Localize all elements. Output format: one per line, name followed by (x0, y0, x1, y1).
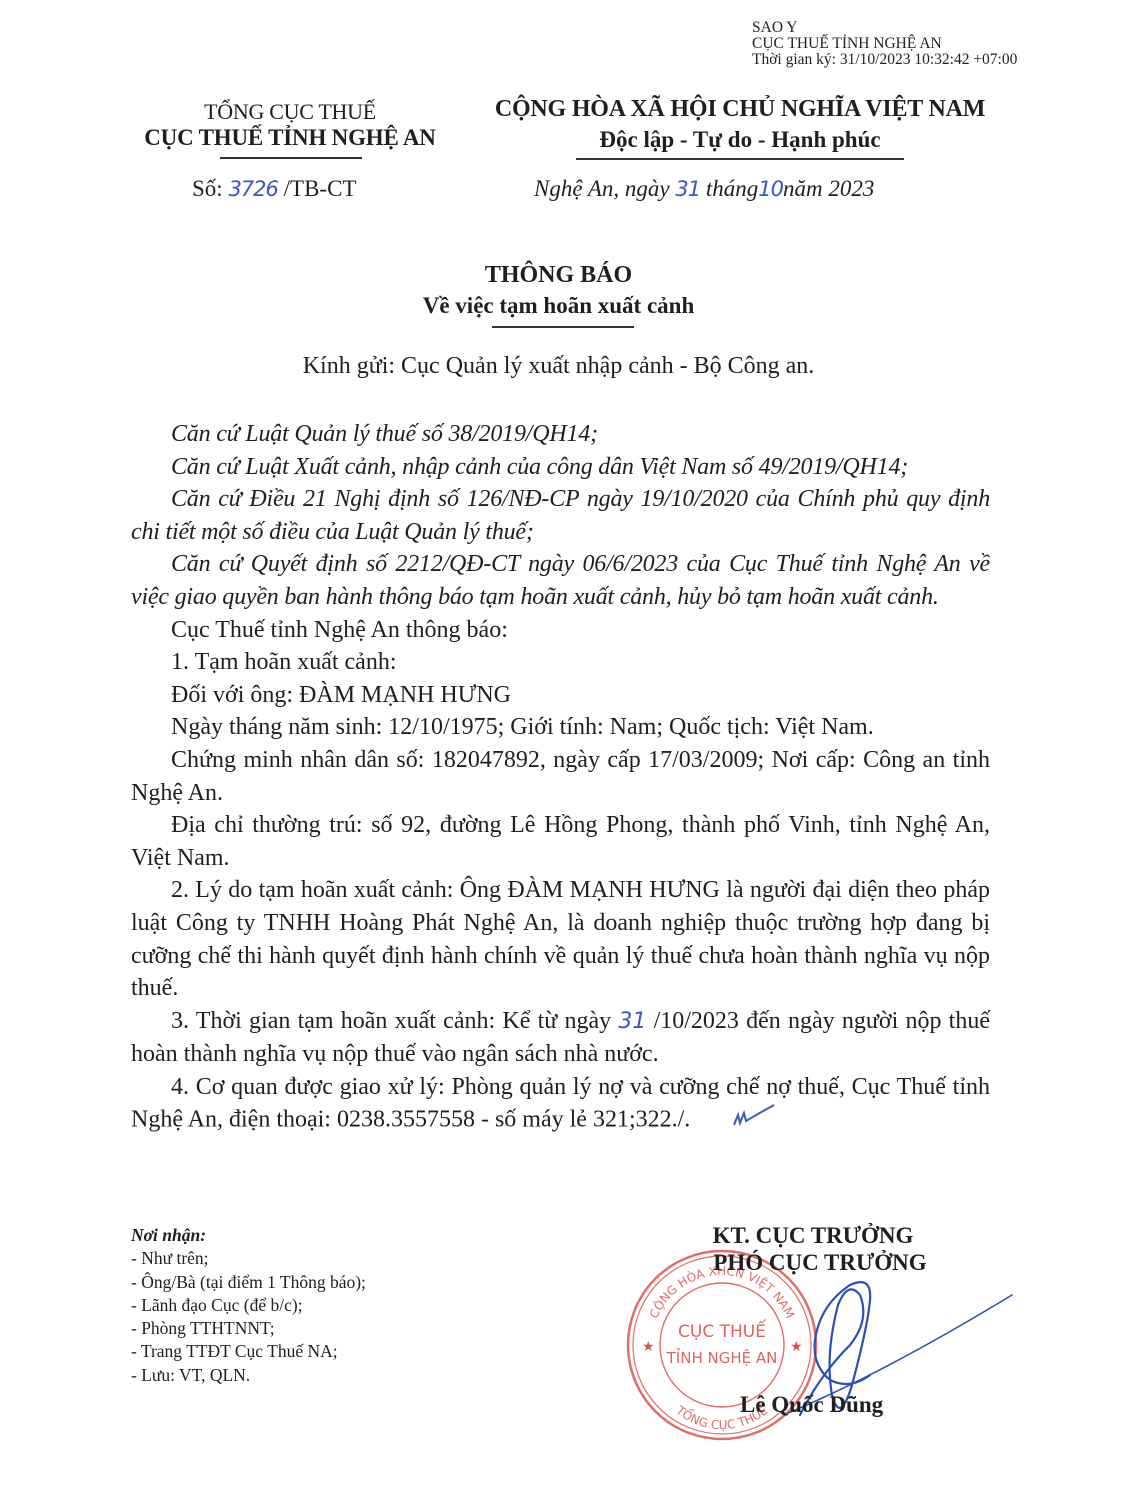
national-motto: Độc lập - Tự do - Hạnh phúc (470, 127, 1010, 153)
person-name: Đối với ông: ĐÀM MẠNH HƯNG (131, 679, 990, 712)
year-label: năm 2023 (783, 176, 874, 201)
legal-basis: Căn cứ Luật Quản lý thuế số 38/2019/QH14… (131, 418, 990, 451)
agency-name: CỤC THUẾ TỈNH NGHỆ AN (120, 125, 460, 151)
digital-copy-stamp: SAO Y CỤC THUẾ TỈNH NGHỆ AN Thời gian ký… (752, 20, 1017, 68)
agency-parent: TỔNG CỤC THUẾ (120, 99, 460, 125)
agency-divider (220, 157, 362, 159)
svg-text:★: ★ (642, 1339, 655, 1355)
recipient-item: - Lưu: VT, QLN. (131, 1364, 366, 1387)
recipient-item: - Như trên; (131, 1247, 366, 1270)
item-1-heading: 1. Tạm hoãn xuất cảnh: (131, 646, 990, 679)
legal-basis: Căn cứ Luật Xuất cảnh, nhập cảnh của côn… (131, 451, 990, 484)
id-info: Chứng minh nhân dân số: 182047892, ngày … (131, 744, 990, 809)
copy-stamp-issuer: CỤC THUẾ TỈNH NGHỆ AN (752, 36, 1017, 52)
place-and-date: Nghệ An, ngày 31 tháng10năm 2023 (534, 176, 874, 202)
place-prefix: Nghệ An, ngày (534, 176, 675, 201)
recipients-list: Nơi nhận: - Như trên; - Ông/Bà (tại điểm… (131, 1224, 366, 1387)
document-number-label: Số: (192, 176, 228, 201)
day-handwritten: 31 (675, 177, 700, 201)
legal-basis: Căn cứ Quyết định số 2212/QĐ-CT ngày 06/… (131, 548, 990, 613)
legal-basis: Căn cứ Điều 21 Nghị định số 126/NĐ-CP ng… (131, 483, 990, 548)
document-subject: Về việc tạm hoãn xuất cảnh (0, 293, 1117, 319)
initial-mark-icon (690, 1103, 778, 1139)
month-label: tháng (700, 176, 758, 201)
recipient-item: - Lãnh đạo Cục (để b/c); (131, 1294, 366, 1317)
motto-divider (576, 158, 904, 160)
item-4-text: 4. Cơ quan được giao xử lý: Phòng quản l… (131, 1074, 990, 1133)
subject-divider (492, 326, 634, 328)
signature-authority: KT. CỤC TRƯỞNG (633, 1223, 993, 1249)
recipient-item: - Ông/Bà (tại điểm 1 Thông báo); (131, 1271, 366, 1294)
document-title: THÔNG BÁO (0, 262, 1117, 289)
item-3-duration: 3. Thời gian tạm hoãn xuất cảnh: Kể từ n… (131, 1005, 990, 1071)
item-3-prefix: 3. Thời gian tạm hoãn xuất cảnh: Kể từ n… (171, 1008, 618, 1034)
address-info: Địa chỉ thường trú: số 92, đường Lê Hồng… (131, 809, 990, 874)
signer-name: Lê Quốc Dũng (740, 1392, 883, 1418)
recipient-item: - Trang TTĐT Cục Thuế NA; (131, 1340, 366, 1363)
copy-stamp-label: SAO Y (752, 20, 1017, 36)
document-number-handwritten: 3726 (228, 177, 277, 201)
copy-stamp-signed-time: Thời gian ký: 31/10/2023 10:32:42 +07:00 (752, 52, 1017, 68)
document-number-suffix: /TB-CT (278, 176, 357, 201)
item-2-reason: 2. Lý do tạm hoãn xuất cảnh: Ông ĐÀM MẠN… (131, 874, 990, 1004)
birth-info: Ngày tháng năm sinh: 12/10/1975; Giới tí… (131, 711, 990, 744)
addressee: Kính gửi: Cục Quản lý xuất nhập cảnh - B… (0, 353, 1117, 380)
nation-name: CỘNG HÒA XÃ HỘI CHỦ NGHĨA VIỆT NAM (470, 96, 1010, 123)
document-number: Số: 3726 /TB-CT (192, 176, 356, 202)
recipients-title: Nơi nhận: (131, 1224, 366, 1247)
item-3-day-handwritten: 31 (618, 1009, 646, 1034)
document-body: Căn cứ Luật Quản lý thuế số 38/2019/QH14… (131, 418, 990, 1139)
item-4-handler: 4. Cơ quan được giao xử lý: Phòng quản l… (131, 1071, 990, 1139)
recipient-item: - Phòng TTHTNNT; (131, 1317, 366, 1340)
month-handwritten: 10 (758, 177, 783, 201)
notice-intro: Cục Thuế tỉnh Nghệ An thông báo: (131, 614, 990, 647)
